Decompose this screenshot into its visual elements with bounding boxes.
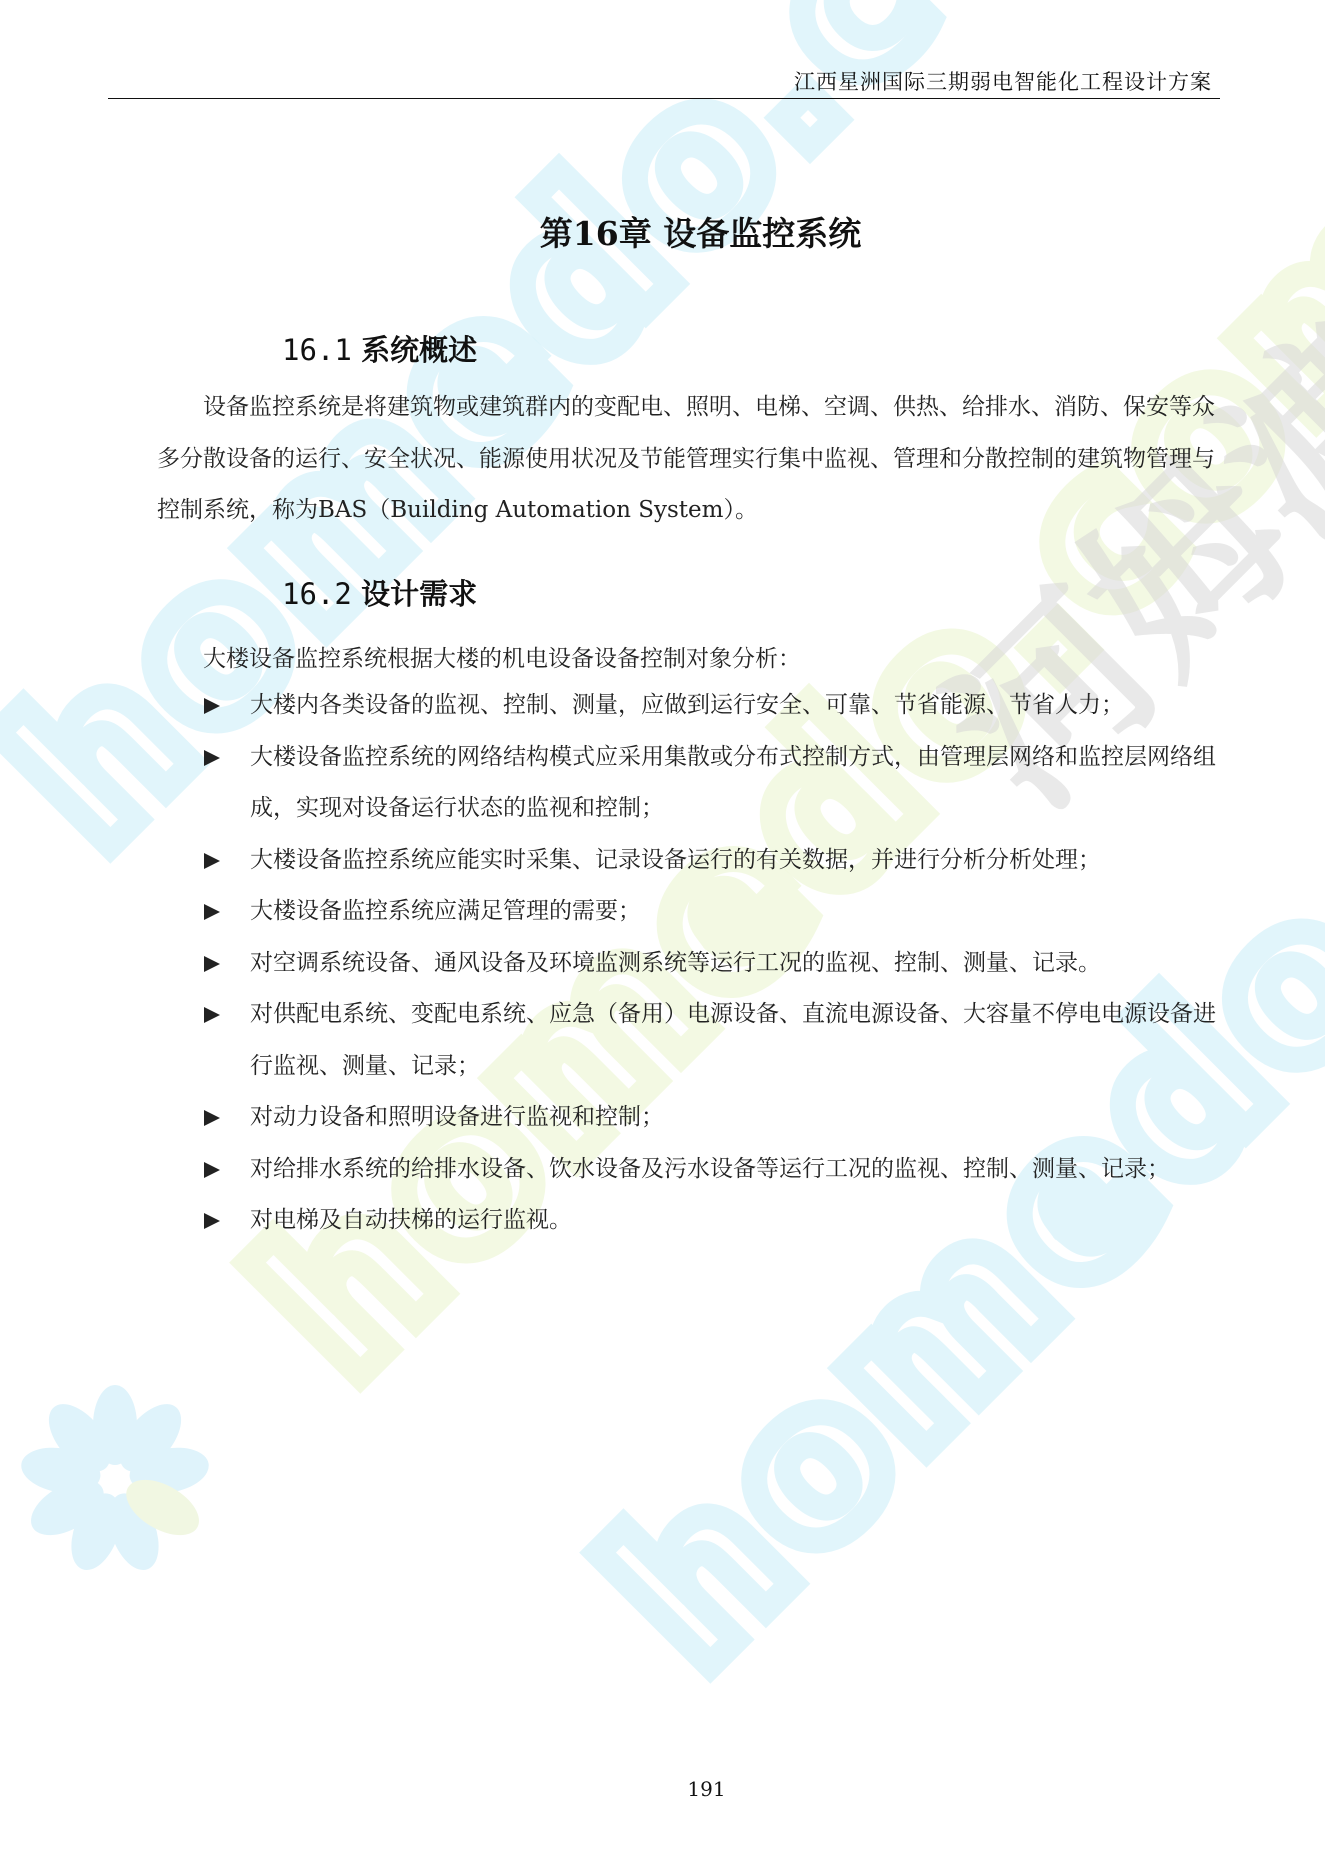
arrowhead-bullet-icon xyxy=(204,1162,220,1178)
arrowhead-bullet-icon xyxy=(204,1007,220,1023)
requirements-intro: 大楼设备监控系统根据大楼的机电设备设备控制对象分析： xyxy=(203,640,801,673)
list-item: 大楼设备监控系统的网络结构模式应采用集散或分布式控制方式，由管理层网络和监控层网… xyxy=(200,732,1220,835)
arrowhead-bullet-icon xyxy=(204,1213,220,1229)
arrowhead-bullet-icon xyxy=(204,956,220,972)
arrowhead-bullet-icon xyxy=(204,904,220,920)
section-title: 设计需求 xyxy=(361,577,477,611)
chapter-title: 第16章 设备监控系统 xyxy=(0,208,1325,255)
overview-paragraph: 设备监控系统是将建筑物或建筑群内的变配电、照明、电梯、空调、供热、给排水、消防、… xyxy=(157,382,1217,537)
list-item: 对空调系统设备、通风设备及环境监测系统等运行工况的监视、控制、测量、记录。 xyxy=(200,938,1220,990)
arrowhead-bullet-icon xyxy=(204,1110,220,1126)
page-number: 191 xyxy=(0,1777,1325,1801)
document-title: 江西星洲国际三期弱电智能化工程设计方案 xyxy=(794,66,1212,96)
list-item: 大楼设备监控系统应能实时采集、记录设备运行的有关数据，并进行分析分析处理； xyxy=(200,835,1220,887)
watermark-flower-icon xyxy=(15,1380,215,1580)
arrowhead-bullet-icon xyxy=(204,750,220,766)
list-item: 大楼内各类设备的监视、控制、测量，应做到运行安全、可靠、节省能源、节省人力； xyxy=(200,680,1220,732)
section-title: 系统概述 xyxy=(361,333,477,367)
list-item: 对供配电系统、变配电系统、应急（备用）电源设备、直流电源设备、大容量不停电电源设… xyxy=(200,989,1220,1092)
section-number: 16.2 xyxy=(282,577,352,611)
list-item: 对动力设备和照明设备进行监视和控制； xyxy=(200,1092,1220,1144)
list-item: 对给排水系统的给排水设备、饮水设备及污水设备等运行工况的监视、控制、测量、记录； xyxy=(200,1144,1220,1196)
running-header: 江西星洲国际三期弱电智能化工程设计方案 xyxy=(108,62,1220,99)
requirements-list: 大楼内各类设备的监视、控制、测量，应做到运行安全、可靠、节省能源、节省人力； 大… xyxy=(200,680,1220,1247)
arrowhead-bullet-icon xyxy=(204,853,220,869)
overview-text: 设备监控系统是将建筑物或建筑群内的变配电、照明、电梯、空调、供热、给排水、消防、… xyxy=(157,394,1215,523)
section-heading-16-2: 16.2 设计需求 xyxy=(282,572,477,613)
list-item: 对电梯及自动扶梯的运行监视。 xyxy=(200,1195,1220,1247)
arrowhead-bullet-icon xyxy=(204,698,220,714)
section-number: 16.1 xyxy=(282,333,352,367)
section-heading-16-1: 16.1 系统概述 xyxy=(282,328,477,369)
list-item: 大楼设备监控系统应满足管理的需要； xyxy=(200,886,1220,938)
